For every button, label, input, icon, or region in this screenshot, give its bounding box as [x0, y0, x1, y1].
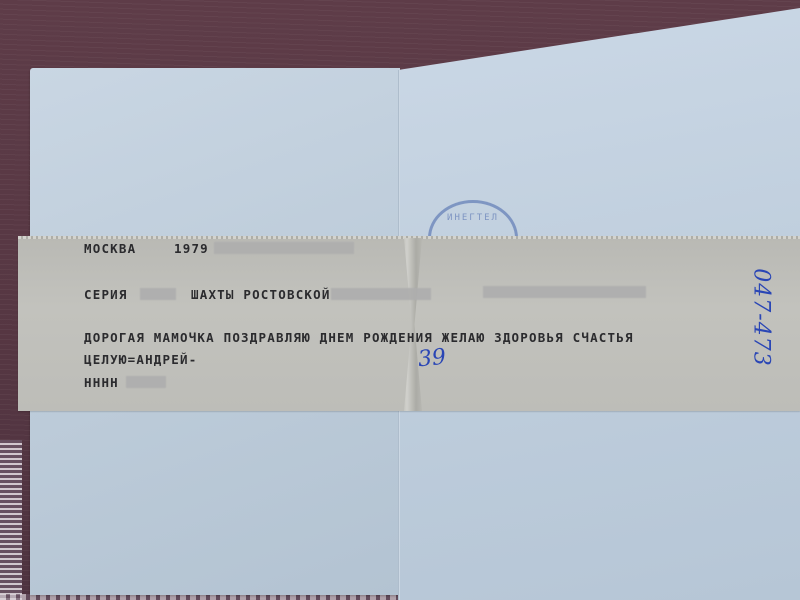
redacted-series-number	[140, 288, 176, 300]
year: 1979	[174, 241, 209, 256]
handwritten-word-count: 39	[417, 345, 447, 373]
table-edge-texture	[0, 440, 22, 600]
message-line-1: ДОРОГАЯ МАМОЧКА ПОЗДРАВЛЯЮ ДНЕМ РОЖДЕНИЯ…	[84, 330, 634, 345]
redacted-end-block	[126, 376, 166, 388]
destination: ШАХТЫ РОСТОВСКОЙ	[191, 287, 331, 302]
handwritten-vertical-number: 047-473	[749, 268, 774, 366]
series-label: СЕРИЯ	[84, 287, 128, 302]
tape-seam	[398, 238, 428, 411]
redacted-block	[214, 242, 354, 254]
origin-city: МОСКВА	[84, 241, 136, 256]
message-line-2: ЦЕЛУЮ=АНДРЕЙ-	[84, 352, 197, 367]
stamp-text: ИНЕГТЕЛ	[447, 213, 499, 223]
redacted-address-1	[331, 288, 431, 300]
end-marker: НННН	[84, 375, 119, 390]
telegram-tape-strip: МОСКВА 1979 СЕРИЯ ШАХТЫ РОСТОВСКОЙ ДОРОГ…	[18, 238, 800, 411]
redacted-address-2	[483, 286, 646, 298]
